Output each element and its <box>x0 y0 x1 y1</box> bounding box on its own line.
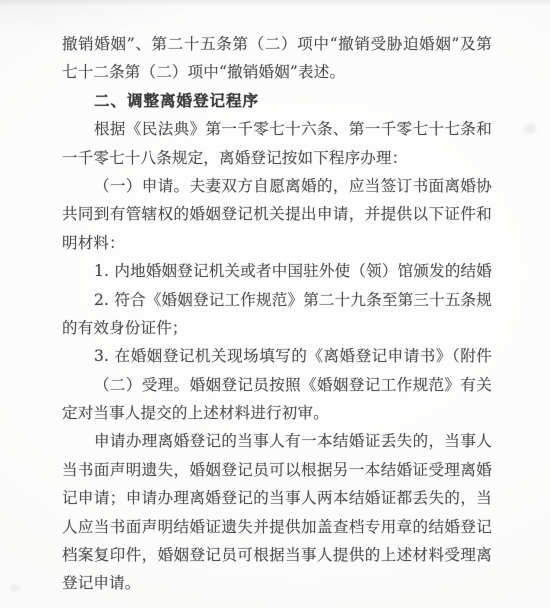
document-body: 撤销婚姻”、第二十五条第（二）项中“撤销受胁迫婚姻”及第 七十二条第（二）项中“… <box>62 30 492 598</box>
document-line: 明材料： <box>62 229 492 257</box>
document-line: 撤销婚姻”、第二十五条第（二）项中“撤销受胁迫婚姻”及第 <box>62 30 492 58</box>
document-line: 定对当事人提交的上述材料进行初审。 <box>62 399 492 427</box>
scan-smudge-artifact <box>524 124 536 134</box>
document-line: 根据《民法典》第一千零七十六条、第一千零七十七条和第 <box>62 115 492 143</box>
document-line: 档案复印件，婚姻登记员可根据当事人提供的上述材料受理离婚 <box>62 541 492 569</box>
document-line: 共同到有管辖权的婚姻登记机关提出申请，并提供以下证件和证 <box>62 200 492 228</box>
document-line: （一）申请。夫妻双方自愿离婚的，应当签订书面离婚协议， <box>62 172 492 200</box>
document-line: 记申请；申请办理离婚登记的当事人两本结婚证都丢失的，当事 <box>62 484 492 512</box>
section-heading: 二、调整离婚登记程序 <box>62 87 492 115</box>
document-line: 申请办理离婚登记的当事人有一本结婚证丢失的，当事人应 <box>62 427 492 455</box>
document-line: 1. 内地婚姻登记机关或者中国驻外使（领）馆颁发的结婚证； <box>62 257 492 285</box>
document-line: 登记申请。 <box>62 569 492 597</box>
document-line: 七十二条第（二）项中“撤销婚姻”表述。 <box>62 58 492 86</box>
scan-smudge-artifact <box>10 584 20 592</box>
scanned-document-page: 撤销婚姻”、第二十五条第（二）项中“撤销受胁迫婚姻”及第 七十二条第（二）项中“… <box>0 0 550 608</box>
document-line: 2. 符合《婚姻登记工作规范》第二十九条至第三十五条规定 <box>62 286 492 314</box>
document-line: （二）受理。婚姻登记员按照《婚姻登记工作规范》有关规 <box>62 371 492 399</box>
document-line: 当书面声明遗失，婚姻登记员可以根据另一本结婚证受理离婚登 <box>62 456 492 484</box>
document-line: 一千零七十八条规定，离婚登记按如下程序办理： <box>62 144 492 172</box>
document-line: 的有效身份证件； <box>62 314 492 342</box>
document-line: 人应当书面声明结婚证遗失并提供加盖查档专用章的结婚登记 <box>62 513 492 541</box>
document-line: 3. 在婚姻登记机关现场填写的《离婚登记申请书》（附件 1）。 <box>62 342 492 370</box>
